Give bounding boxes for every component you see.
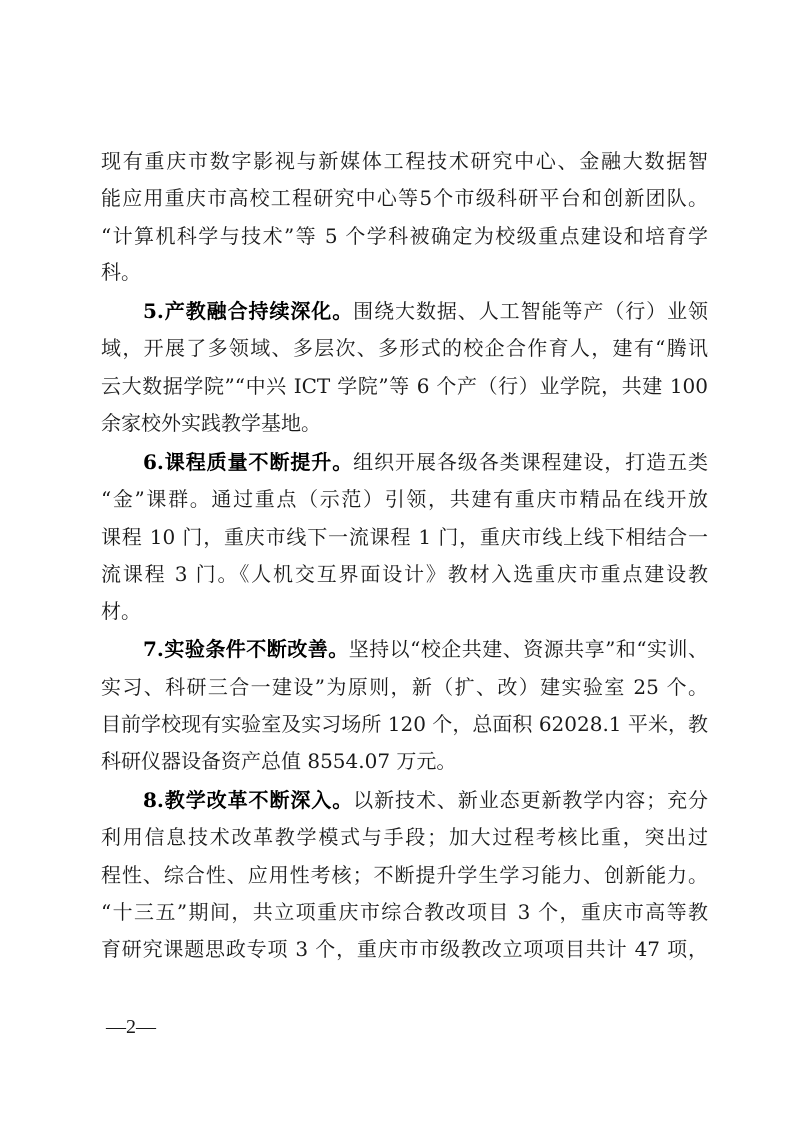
paragraph-5-line-4: 余家校外实践教学基地。 — [101, 408, 708, 438]
paragraph-8-line-2: 利用信息技术改革教学模式与手段；加大过程考核比重，突出过 — [101, 822, 708, 852]
paragraph-6-line-2: “金”课群。通过重点（示范）引领，共建有重庆市精品在线开放 — [101, 484, 708, 514]
paragraph-5-first-line-text: 围绕大数据、人工智能等产（行）业领 — [353, 299, 708, 323]
section-7-heading: 7.实验条件不断改善。 — [143, 637, 349, 661]
paragraph-1-line-4: 科。 — [101, 257, 708, 287]
section-5-heading: 5.产教融合持续深化。 — [143, 299, 353, 323]
paragraph-8-line-4: “十三五”期间，共立项重庆市综合教改项目 3 个，重庆市高等教 — [101, 897, 708, 927]
paragraph-7-line-4: 科研仪器设备资产总值 8554.07 万元。 — [101, 746, 708, 776]
paragraph-5-line-3: 云大数据学院”“中兴 ICT 学院”等 6 个产（行）业学院，共建 100 — [101, 371, 708, 401]
paragraph-1-line-2: 能应用重庆市高校工程研究中心等5个市级科研平台和创新团队。 — [101, 183, 708, 213]
page-number: —2— — [106, 1016, 156, 1039]
section-8-heading: 8.教学改革不断深入。 — [143, 788, 353, 812]
paragraph-7-first-line-text: 坚持以“校企共建、资源共享”和“实训、 — [349, 637, 708, 661]
paragraph-5-line-1: 5.产教融合持续深化。围绕大数据、人工智能等产（行）业领 — [143, 296, 708, 326]
section-6-heading: 6.课程质量不断提升。 — [143, 450, 353, 474]
paragraph-8-first-line-text: 以新技术、新业态更新教学内容；充分 — [353, 788, 708, 812]
paragraph-6-line-1: 6.课程质量不断提升。组织开展各级各类课程建设，打造五类 — [143, 447, 708, 477]
paragraph-6-line-3: 课程 10 门，重庆市线下一流课程 1 门，重庆市线上线下相结合一 — [101, 522, 708, 552]
document-page: 现有重庆市数字影视与新媒体工程技术研究中心、金融大数据智 能应用重庆市高校工程研… — [0, 0, 793, 1122]
paragraph-5-line-2: 域，开展了多领域、多层次、多形式的校企合作育人，建有“腾讯 — [101, 333, 708, 363]
paragraph-1-line-3: “计算机科学与技术”等 5 个学科被确定为校级重点建设和培育学 — [101, 221, 708, 251]
paragraph-8-line-3: 程性、综合性、应用性考核；不断提升学生学习能力、创新能力。 — [101, 860, 708, 890]
paragraph-6-line-5: 材。 — [101, 596, 708, 626]
paragraph-6-first-line-text: 组织开展各级各类课程建设，打造五类 — [353, 450, 708, 474]
paragraph-8-line-1: 8.教学改革不断深入。以新技术、新业态更新教学内容；充分 — [143, 785, 708, 815]
paragraph-7-line-2: 实习、科研三合一建设”为原则，新（扩、改）建实验室 25 个。 — [101, 672, 708, 702]
paragraph-6-line-4: 流课程 3 门。《人机交互界面设计》教材入选重庆市重点建设教 — [101, 559, 708, 589]
paragraph-7-line-1: 7.实验条件不断改善。坚持以“校企共建、资源共享”和“实训、 — [143, 634, 708, 664]
paragraph-7-line-3: 目前学校现有实验室及实习场所 120 个，总面积 62028.1 平米，教 — [101, 709, 708, 739]
paragraph-8-line-5: 育研究课题思政专项 3 个，重庆市市级教改立项项目共计 47 项， — [101, 934, 708, 964]
paragraph-1-line-1: 现有重庆市数字影视与新媒体工程技术研究中心、金融大数据智 — [101, 146, 708, 176]
